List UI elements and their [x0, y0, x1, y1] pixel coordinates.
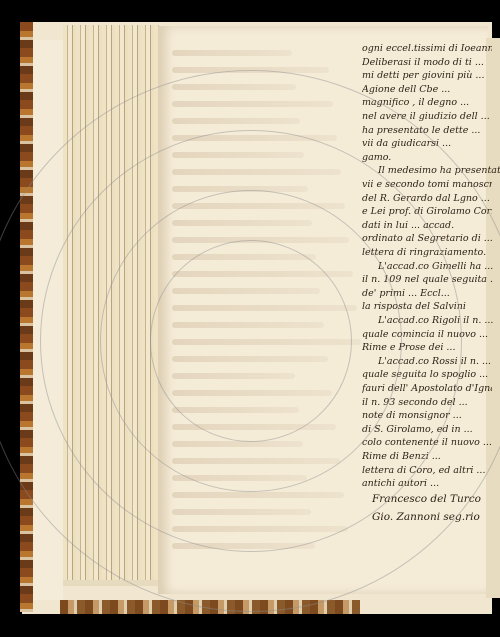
page-edges-stack [63, 25, 160, 586]
bleed-line [172, 152, 304, 158]
bleed-line [172, 458, 340, 464]
bleed-line [172, 254, 316, 260]
bleed-line [172, 186, 308, 192]
bleed-line [172, 322, 324, 328]
bleed-line [172, 50, 292, 56]
bleed-line [172, 118, 300, 124]
bleed-line [172, 305, 357, 311]
bleed-line [172, 220, 312, 226]
bleed-line [172, 271, 353, 277]
bleed-line [172, 356, 328, 362]
bleed-line [172, 373, 295, 379]
bleed-line [172, 101, 333, 107]
bleed-line [172, 135, 337, 141]
bleed-line [172, 543, 315, 549]
background-top [0, 0, 500, 22]
bleed-line [172, 237, 349, 243]
bleed-line [172, 339, 361, 345]
pastedown-strip [33, 40, 63, 600]
bleed-line [172, 84, 296, 90]
bleed-line [172, 203, 345, 209]
bleed-line [172, 509, 311, 515]
bleed-line [172, 475, 307, 481]
bleed-line [172, 424, 336, 430]
bleed-line [172, 169, 341, 175]
bleed-line [172, 441, 303, 447]
bleed-line [172, 390, 332, 396]
signature-block: Francesco del Turco Gio. Zannoni seg.rio [372, 490, 481, 526]
bleed-line [172, 526, 348, 532]
bleed-line [172, 407, 299, 413]
marbled-cover-spine [20, 22, 33, 612]
signature-line-1: Francesco del Turco [372, 490, 481, 508]
signature-line-2: Gio. Zannoni seg.rio [372, 508, 481, 526]
bleed-line [172, 67, 329, 73]
bleed-line [172, 492, 344, 498]
marbled-cover-bottom [60, 600, 360, 614]
bleed-line [172, 288, 320, 294]
